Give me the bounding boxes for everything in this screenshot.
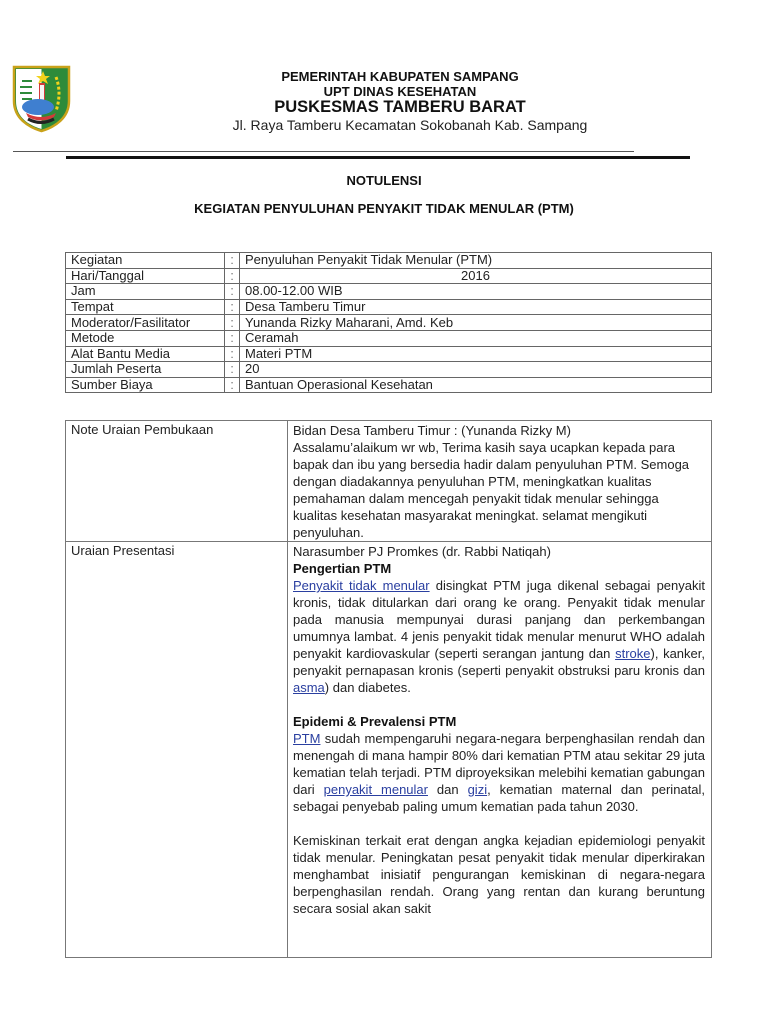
- table-row: Jam:08.00-12.00 WIB: [66, 284, 712, 300]
- letterhead-department: UPT DINAS KESEHATAN: [200, 84, 600, 99]
- info-separator: :: [225, 268, 240, 284]
- table-row: Hari/Tanggal:2016: [66, 268, 712, 284]
- link-penyakit-tidak-menular[interactable]: Penyakit tidak menular: [293, 578, 430, 593]
- link-asma[interactable]: asma: [293, 680, 325, 695]
- opening-content: Bidan Desa Tamberu Timur : (Yunanda Rizk…: [288, 421, 712, 542]
- presentation-label: Uraian Presentasi: [66, 542, 288, 958]
- info-value: 08.00-12.00 WIB: [240, 284, 712, 300]
- info-separator: :: [225, 377, 240, 393]
- info-label: Alat Bantu Media: [66, 346, 225, 362]
- link-ptm[interactable]: PTM: [293, 731, 320, 746]
- info-separator: :: [225, 299, 240, 315]
- table-row: Alat Bantu Media:Materi PTM: [66, 346, 712, 362]
- info-label: Kegiatan: [66, 253, 225, 269]
- info-label: Tempat: [66, 299, 225, 315]
- info-label: Moderator/Fasilitator: [66, 315, 225, 331]
- info-separator: :: [225, 330, 240, 346]
- table-row: Jumlah Peserta:20: [66, 362, 712, 378]
- section-text-poverty: Kemiskinan terkait erat dengan angka kej…: [293, 832, 705, 917]
- opening-speaker: Bidan Desa Tamberu Timur : (Yunanda Rizk…: [293, 422, 705, 439]
- link-stroke[interactable]: stroke: [615, 646, 650, 661]
- info-value: Penyuluhan Penyakit Tidak Menular (PTM): [240, 253, 712, 269]
- table-row-opening: Note Uraian Pembukaan Bidan Desa Tamberu…: [66, 421, 712, 542]
- minutes-table: Note Uraian Pembukaan Bidan Desa Tamberu…: [65, 420, 712, 958]
- info-separator: :: [225, 315, 240, 331]
- info-label: Jumlah Peserta: [66, 362, 225, 378]
- info-value: Yunanda Rizky Maharani, Amd. Keb: [240, 315, 712, 331]
- info-value: 20: [240, 362, 712, 378]
- opening-label: Note Uraian Pembukaan: [66, 421, 288, 542]
- table-row: Sumber Biaya:Bantuan Operasional Kesehat…: [66, 377, 712, 393]
- info-value: 2016: [240, 268, 712, 284]
- info-value: Ceramah: [240, 330, 712, 346]
- kabupaten-sampang-emblem-icon: [10, 63, 73, 133]
- info-separator: :: [225, 346, 240, 362]
- table-row-presentation: Uraian Presentasi Narasumber PJ Promkes …: [66, 542, 712, 958]
- link-gizi[interactable]: gizi: [468, 782, 488, 797]
- table-row: Metode:Ceramah: [66, 330, 712, 346]
- letterhead-institution: PUSKESMAS TAMBERU BARAT: [200, 98, 600, 117]
- section-text-epidemic: PTM sudah mempengaruhi negara-negara ber…: [293, 730, 705, 815]
- info-label: Hari/Tanggal: [66, 268, 225, 284]
- info-label: Jam: [66, 284, 225, 300]
- info-value: Materi PTM: [240, 346, 712, 362]
- info-label: Sumber Biaya: [66, 377, 225, 393]
- presentation-speaker: Narasumber PJ Promkes (dr. Rabbi Natiqah…: [293, 543, 705, 560]
- table-row: Kegiatan:Penyuluhan Penyakit Tidak Menul…: [66, 253, 712, 269]
- letterhead-government: PEMERINTAH KABUPATEN SAMPANG: [200, 69, 600, 84]
- section-text-definition: Penyakit tidak menular disingkat PTM jug…: [293, 577, 705, 696]
- info-label: Metode: [66, 330, 225, 346]
- info-separator: :: [225, 253, 240, 269]
- letterhead-divider-thin: [13, 151, 634, 152]
- info-separator: :: [225, 284, 240, 300]
- document-subtitle: KEGIATAN PENYULUHAN PENYAKIT TIDAK MENUL…: [0, 201, 768, 216]
- opening-text: Assalamu’alaikum wr wb, Terima kasih say…: [293, 439, 705, 541]
- link-penyakit-menular[interactable]: penyakit menular: [324, 782, 428, 797]
- section-title-definition: Pengertian PTM: [293, 560, 705, 577]
- info-value: Bantuan Operasional Kesehatan: [240, 377, 712, 393]
- letterhead-address: Jl. Raya Tamberu Kecamatan Sokobanah Kab…: [180, 117, 640, 133]
- document-title: NOTULENSI: [0, 173, 768, 188]
- info-separator: :: [225, 362, 240, 378]
- table-row: Moderator/Fasilitator:Yunanda Rizky Maha…: [66, 315, 712, 331]
- activity-info-table: Kegiatan:Penyuluhan Penyakit Tidak Menul…: [65, 252, 712, 393]
- table-row: Tempat:Desa Tamberu Timur: [66, 299, 712, 315]
- section-title-epidemic: Epidemi & Prevalensi PTM: [293, 713, 705, 730]
- letterhead-divider-thick: [66, 156, 690, 159]
- info-value: Desa Tamberu Timur: [240, 299, 712, 315]
- presentation-content: Narasumber PJ Promkes (dr. Rabbi Natiqah…: [288, 542, 712, 958]
